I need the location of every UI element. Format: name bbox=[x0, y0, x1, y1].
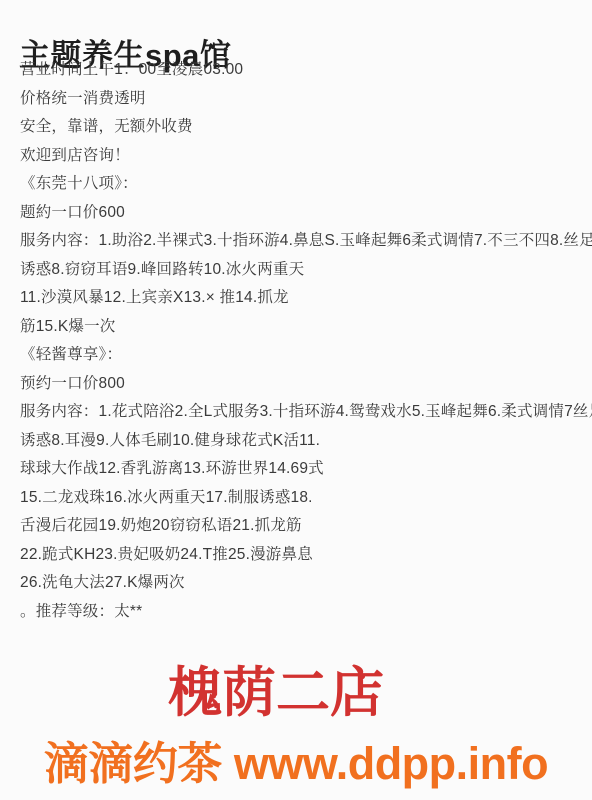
body-line: 诱惑8.窃窃耳语9.峰回路转10.冰火两重天 bbox=[20, 256, 586, 285]
body-line: 题約一口价600 bbox=[20, 199, 586, 228]
branch-name: 槐荫二店 bbox=[0, 660, 572, 728]
body-line: 球球大作战12.香乳游离13.环游世界14.69式 bbox=[20, 455, 586, 484]
body-line: 营业时间上午1：00至凌晨03:00 bbox=[20, 56, 586, 85]
body-line: 价格统一消费透明 bbox=[20, 85, 586, 114]
body-line: 。推荐等级：太** bbox=[20, 598, 586, 627]
body-line: 15.二龙戏珠16.冰火两重天17.制服诱惑18. bbox=[20, 484, 586, 513]
body-line: 筋15.K爆一次 bbox=[20, 313, 586, 342]
body-line: 欢迎到店咨询！ bbox=[20, 142, 586, 171]
body-line: 舌漫后花园19.奶炮20窃窃私语21.抓龙筋 bbox=[20, 512, 586, 541]
body-text: 营业时间上午1：00至凌晨03:00 价格统一消费透明 安全，靠谱，无额外收费 … bbox=[20, 56, 586, 626]
body-line: 安全，靠谱，无额外收费 bbox=[20, 113, 586, 142]
body-line: 11.沙漠风暴12.上宾亲X13.× 推14.抓龙 bbox=[20, 284, 586, 313]
body-line: 诱惑8.耳漫9.人体毛刷10.健身球花式K活11. bbox=[20, 427, 586, 456]
body-line: 服务内容：1.花式陪浴2.全L式服务3.十指环游4.鸳鸯戏水5.玉峰起舞6.柔式… bbox=[20, 398, 586, 427]
body-line: 26.洗龟大法27.K爆两次 bbox=[20, 569, 586, 598]
body-line: 《东莞十八项》： bbox=[20, 170, 586, 199]
body-line: 22.跪式KH23.贵妃吸奶24.T推25.漫游鼻息 bbox=[20, 541, 586, 570]
body-line: 服务内容：1.助浴2.半裸式3.十指环游4.鼻息S.玉峰起舞6柔式调情7.不三不… bbox=[20, 227, 586, 256]
watermark-text: 滴滴约茶 www.ddpp.info bbox=[0, 736, 592, 792]
body-line: 《轻酱尊享》： bbox=[20, 341, 586, 370]
body-line: 预约一口价800 bbox=[20, 370, 586, 399]
